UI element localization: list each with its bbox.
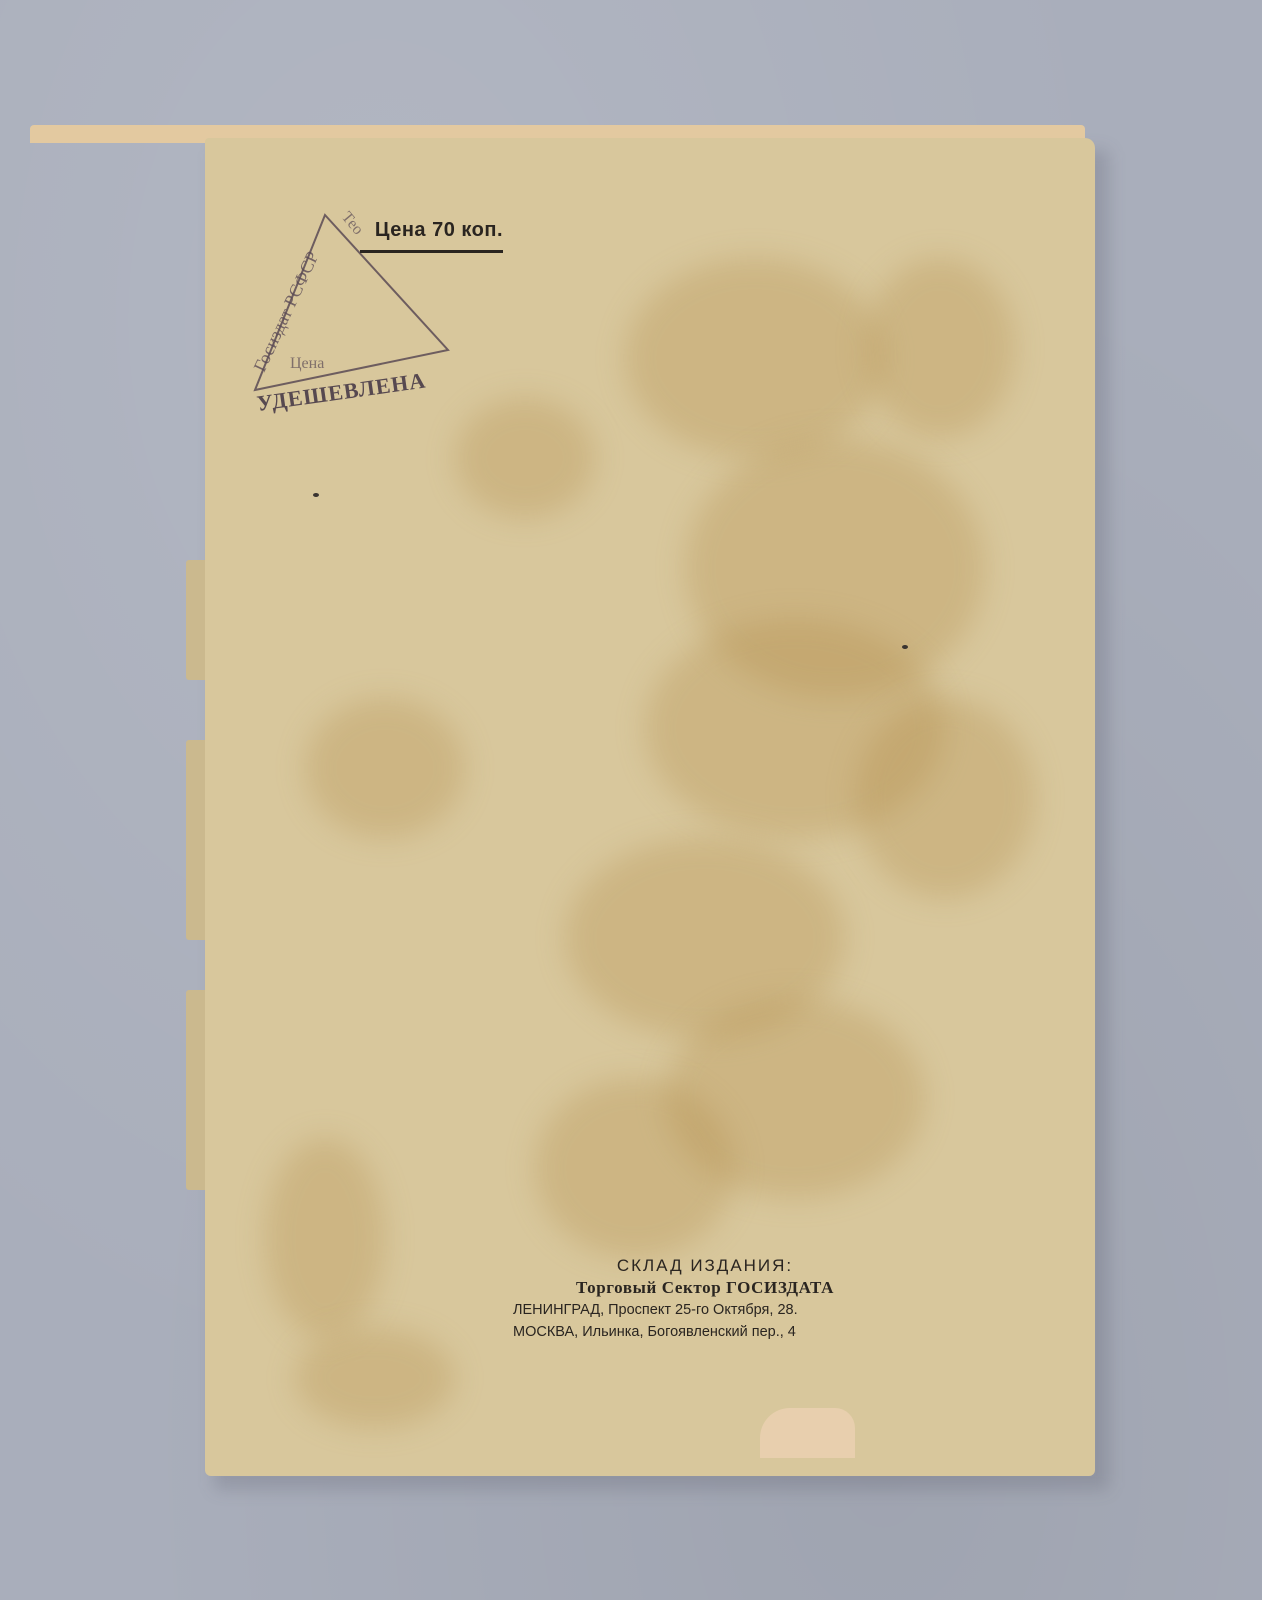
stamp-bottom-text: УДЕШЕВЛЕНА	[255, 367, 427, 415]
water-stain	[625, 258, 885, 458]
water-stain	[265, 1138, 385, 1338]
water-stain	[535, 1078, 735, 1258]
trade-sector-name: Торговый Сектор ГОСИЗДАТА	[505, 1277, 905, 1299]
price-label: Цена 70 коп.	[355, 219, 503, 242]
torn-bottom-edge	[760, 1408, 855, 1458]
water-stain	[855, 698, 1035, 898]
warehouse-title: СКЛАД ИЗДАНИЯ:	[505, 1255, 905, 1277]
water-stain	[455, 398, 595, 518]
water-stain	[305, 698, 465, 838]
stamp-inner-text: Цена	[290, 355, 324, 372]
water-stain	[295, 1328, 455, 1428]
moscow-address: МОСКВА, Ильинка, Богоявленский пер., 4	[505, 1321, 905, 1343]
ink-speck	[902, 645, 908, 649]
leningrad-address: ЛЕНИНГРАД, Проспект 25-го Октября, 28.	[505, 1299, 905, 1321]
publisher-warehouse-block: СКЛАД ИЗДАНИЯ: Торговый Сектор ГОСИЗДАТА…	[505, 1255, 905, 1343]
water-stain	[865, 258, 1015, 438]
price-underline	[360, 250, 503, 253]
ink-speck	[313, 493, 319, 497]
